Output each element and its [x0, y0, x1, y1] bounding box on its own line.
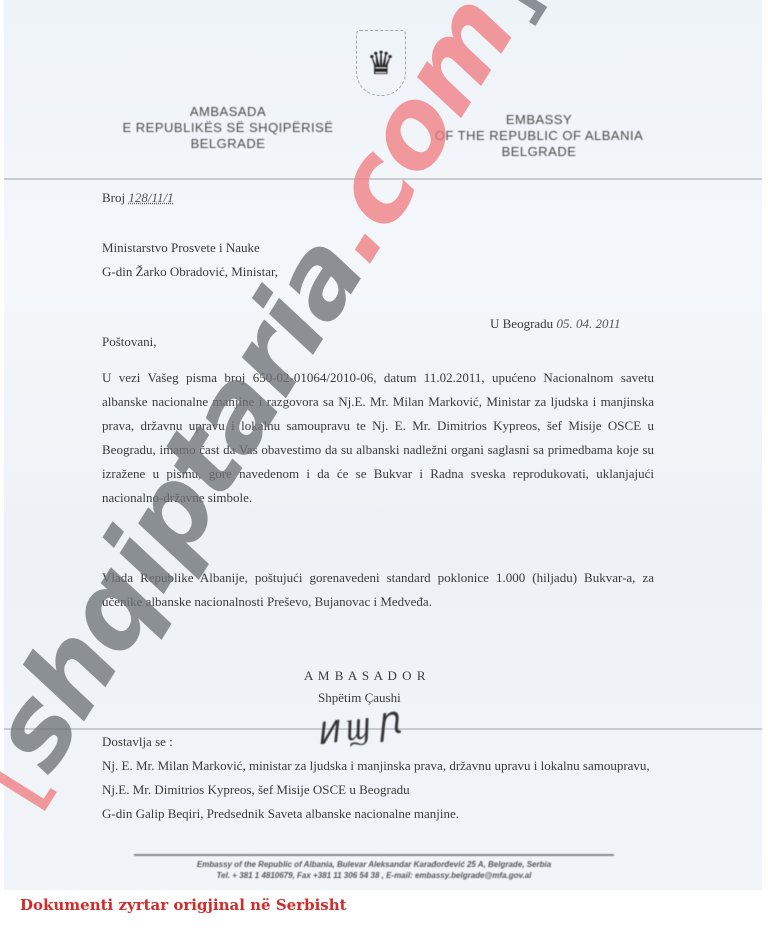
salutation: Poštovani, [102, 330, 157, 354]
distribution-item: Nj. E. Mr. Milan Marković, ministar za l… [102, 754, 662, 778]
letterhead-line: BELGRADE [108, 136, 348, 152]
reference-number: Broj 128/11/1 [102, 186, 174, 210]
footer-contact: Tel. + 381 1 4810679, Fax +381 11 306 54… [134, 870, 614, 881]
reference-value: 128/11/1 [128, 190, 173, 205]
recipient-line: Ministarstvo Prosvete i Nauke [102, 236, 278, 260]
place-label: U Beogradu [490, 316, 553, 331]
image-caption: Dokumenti zyrtar origjinal në Serbisht [20, 896, 347, 914]
letterhead-line: E REPUBLIKËS SË SHQIPËRISË [108, 120, 348, 136]
reference-label: Broj [102, 190, 125, 205]
footer-address: Embassy of the Republic of Albania, Bule… [134, 859, 614, 870]
distribution-list: Dostavlja se : Nj. E. Mr. Milan Marković… [102, 730, 662, 826]
place-date: U Beogradu 05. 04. 2011 [490, 312, 620, 336]
distribution-heading: Dostavlja se : [102, 730, 662, 754]
embassy-contact-footer: Embassy of the Republic of Albania, Bule… [134, 854, 614, 881]
signatory-title: A M B A S A D O R [304, 664, 427, 688]
date-value: 05. 04. 2011 [556, 316, 620, 331]
watermark-bracket: ] [434, 0, 561, 41]
letterhead-albanian: AMBASADA E REPUBLIKËS SË SHQIPËRISË BELG… [108, 104, 348, 152]
distribution-item: Nj.E. Mr. Dimitrios Kypreos, šef Misije … [102, 778, 662, 802]
letterhead-line: AMBASADA [108, 104, 348, 120]
distribution-item: G-din Galip Beqiri, Predsednik Saveta al… [102, 802, 662, 826]
